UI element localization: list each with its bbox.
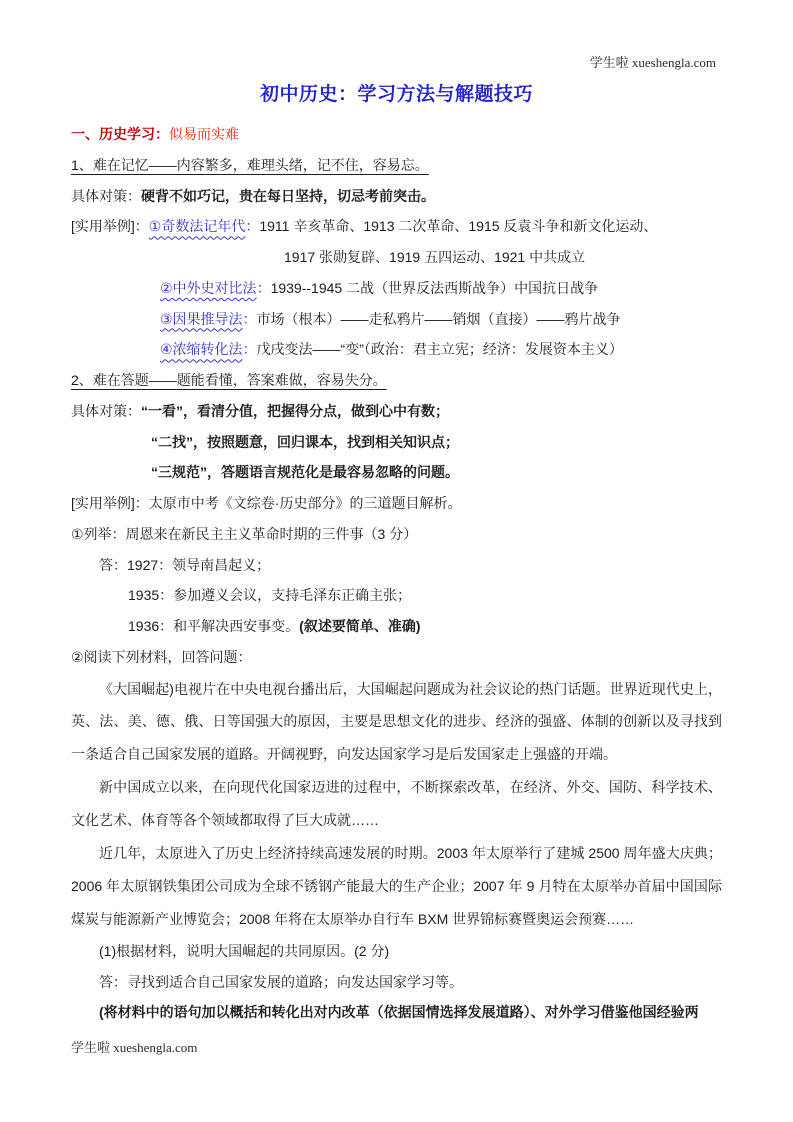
q2-sub1-answer: 答：寻找到适合自己国家发展的道路；向发达国家学习等。 xyxy=(71,967,722,998)
method-line-1-continuation: 1917 张勋复辟、1919 五四运动、1921 中共成立 xyxy=(71,242,722,273)
header-watermark: 学生啦 xueshengla.com xyxy=(590,52,716,71)
q2-sub1-answer-text: 寻找到适合自己国家发展的道路；向发达国家学习等。 xyxy=(127,974,463,990)
point1-heading: 1、难在记忆——内容繁多，难理头绪，记不住，容易忘。 xyxy=(71,150,722,181)
point2-examples: [实用举例]：太原市中考《文综卷·历史部分》的三道题目解析。 xyxy=(71,488,722,519)
q1-answer-line-1: 答：1927：领导南昌起义； xyxy=(71,550,722,581)
q1-answer-1936: 1936：和平解决西安事变。 xyxy=(128,618,299,634)
method-text-3: 市场（根本）——走私鸦片——销烟（直接）——鸦片战争 xyxy=(257,311,621,327)
method-link-odd-number[interactable]: ①奇数法记年代 xyxy=(149,218,246,234)
method-sep-2: ： xyxy=(257,280,271,296)
point1-countermeasure-label: 具体对策： xyxy=(71,188,141,204)
page-title: 初中历史：学习方法与解题技巧 xyxy=(71,82,722,108)
point2-step-1: “一看”，看清分值，把握得分点，做到心中有数； xyxy=(141,403,449,419)
q1-answer-line-3: 1936：和平解决西安事变。(叙述要简单、准确) xyxy=(71,611,722,642)
method-text-2: 1939--1945 二战（世界反法西斯战争）中国抗日战争 xyxy=(271,280,599,296)
method-line-2: ②中外史对比法：1939--1945 二战（世界反法西斯战争）中国抗日战争 xyxy=(71,273,722,304)
q1-answer-line-2: 1935：参加遵义会议，支持毛泽东正确主张； xyxy=(71,580,722,611)
q1-answer-label: 答： xyxy=(99,557,127,573)
q2-material-paragraph-3: 近几年，太原进入了历史上经济持续高速发展的时期。2003 年太原举行了建城 25… xyxy=(71,837,722,936)
q2-sub1-answer-label: 答： xyxy=(99,974,127,990)
q2-sub1-prompt: (1)根据材料，说明大国崛起的共同原因。(2 分) xyxy=(71,936,722,967)
q2-sub1-note: (将材料中的语句加以概括和转化出对内改革（依据国情选择发展道路）、对外学习借鉴他… xyxy=(71,997,722,1028)
section1-heading-label: 一、历史学习： xyxy=(71,126,169,142)
point2-step-2: “二找”，按照题意，回归课本，找到相关知识点； xyxy=(71,427,722,458)
method-link-causal[interactable]: ③因果推导法 xyxy=(160,311,243,327)
point2-countermeasure: 具体对策：“一看”，看清分值，把握得分点，做到心中有数； xyxy=(71,396,722,427)
method-link-condense[interactable]: ④浓缩转化法 xyxy=(160,341,243,357)
section1-heading: 一、历史学习：似易而实难 xyxy=(71,119,722,150)
point1-countermeasure: 具体对策：硬背不如巧记，贵在每日坚持，切忌考前突击。 xyxy=(71,181,722,212)
document-content: 初中历史：学习方法与解题技巧 一、历史学习：似易而实难 1、难在记忆——内容繁多… xyxy=(71,82,722,1028)
point1-examples-label: [实用举例]： xyxy=(71,218,149,234)
method-line-1: [实用举例]：①奇数法记年代：1911 辛亥革命、1913 二次革命、1915 … xyxy=(71,211,722,242)
section1-heading-value: 似易而实难 xyxy=(169,126,239,142)
point2-countermeasure-label: 具体对策： xyxy=(71,403,141,419)
point2-examples-label: [实用举例]： xyxy=(71,495,149,511)
q2-material-paragraph-2: 新中国成立以来，在向现代化国家迈进的过程中，不断探索改革，在经济、外交、国防、科… xyxy=(71,771,722,837)
q2-prompt: ②阅读下列材料，回答问题： xyxy=(71,642,722,673)
method-text-4: 戊戌变法——“变”（政治：君主立宪；经济：发展资本主义） xyxy=(257,341,623,357)
method-text-1: 1911 辛亥革命、1913 二次革命、1915 反袁斗争和新文化运动、 xyxy=(259,218,657,234)
q1-prompt: ①列举：周恩来在新民主主义革命时期的三件事（3 分） xyxy=(71,519,722,550)
point2-step-3: “三规范”，答题语言规范化是最容易忽略的问题。 xyxy=(71,457,722,488)
q1-answer-note: (叙述要简单、准确) xyxy=(299,618,420,634)
method-sep-1: ： xyxy=(245,218,259,234)
point1-countermeasure-text: 硬背不如巧记，贵在每日坚持，切忌考前突击。 xyxy=(141,188,435,204)
method-line-4: ④浓缩转化法：戊戌变法——“变”（政治：君主立宪；经济：发展资本主义） xyxy=(71,334,722,365)
method-link-comparison[interactable]: ②中外史对比法 xyxy=(160,280,257,296)
point2-examples-text: 太原市中考《文综卷·历史部分》的三道题目解析。 xyxy=(149,495,462,511)
method-line-3: ③因果推导法：市场（根本）——走私鸦片——销烟（直接）——鸦片战争 xyxy=(71,304,722,335)
q1-answer-1927: 1927：领导南昌起义； xyxy=(127,557,270,573)
method-sep-3: ： xyxy=(243,311,257,327)
document-page: 学生啦 xueshengla.com 初中历史：学习方法与解题技巧 一、历史学习… xyxy=(0,0,793,1122)
footer-watermark: 学生啦 xueshengla.com xyxy=(71,1037,197,1056)
q2-material-paragraph-1: 《大国崛起)电视片在中央电视台播出后，大国崛起问题成为社会议论的热门话题。世界近… xyxy=(71,673,722,772)
method-sep-4: ： xyxy=(243,341,257,357)
point2-heading: 2、难在答题——题能看懂，答案难做，容易失分。 xyxy=(71,365,722,396)
